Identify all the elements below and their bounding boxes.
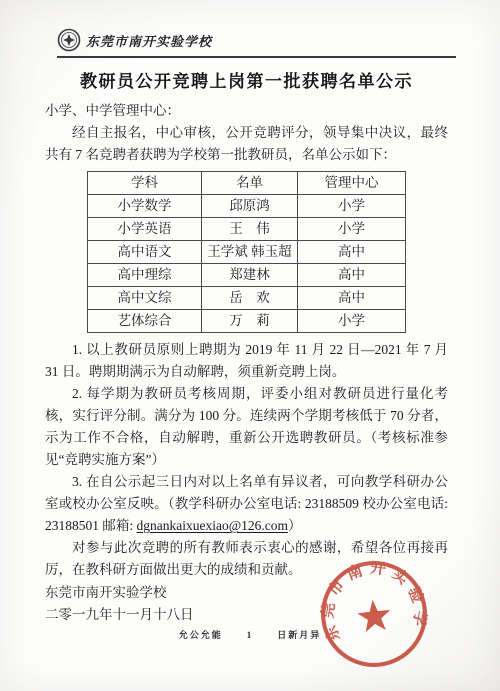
signature-block: 东莞市南开实验学校 二零一九年十一月十八日 <box>45 582 448 626</box>
table-cell: 小学 <box>298 195 406 218</box>
footer-motto-right: 日新月异 <box>277 628 321 641</box>
table-cell: 高中 <box>298 264 406 287</box>
table-cell: 高中 <box>298 241 406 264</box>
table-cell: 小学 <box>298 218 406 241</box>
table-row: 高中文综岳 欢高中 <box>88 287 406 310</box>
thanks-paragraph: 对参与此次竞聘的所有教师表示衷心的感谢，希望各位再接再厉，在教科研方面做出更大的… <box>45 537 448 581</box>
table-row: 小学英语王 伟小学 <box>88 218 406 241</box>
table-cell: 高中 <box>298 287 406 310</box>
table-row: 高中语文王学斌 韩玉超高中 <box>88 241 406 264</box>
table-cell: 高中理综 <box>88 264 202 287</box>
table-cell: 高中语文 <box>88 241 202 264</box>
clause-2: 2. 每学期为教研员考核周期，评委小组对教研员进行量化考核，实行评分制。满分为 … <box>45 383 448 471</box>
table-cell: 王学斌 韩玉超 <box>202 241 298 264</box>
footer-motto-left: 允公允能 <box>179 628 223 641</box>
table-cell: 小学数学 <box>88 195 202 218</box>
clause-3: 3. 在自公示起三日内对以上名单有异议者，可向教学科研办公室或校办公室反映。（教… <box>45 471 448 537</box>
school-name: 东莞市南开实验学校 <box>86 31 212 50</box>
table-header-cell: 名单 <box>202 172 298 195</box>
contact-email-link[interactable]: dgnankaixuexiao@126.com <box>137 518 289 533</box>
signature-school: 东莞市南开实验学校 <box>45 582 448 604</box>
document-page: 东莞市南开实验学校 教研员公开竞聘上岗第一批获聘名单公示 小学、中学管理中心： … <box>0 0 500 691</box>
table-header-row: 学科名单管理中心 <box>88 172 406 195</box>
results-table: 学科名单管理中心 小学数学邱原鸿小学小学英语王 伟小学高中语文王学斌 韩玉超高中… <box>87 171 406 333</box>
table-cell: 高中文综 <box>88 287 202 310</box>
intro-paragraph: 经自主报名，中心审核，公开竞聘评分，领导集中决议，最终共有 7 名竞聘者获聘为学… <box>45 122 448 166</box>
table-cell: 邱原鸿 <box>202 195 298 218</box>
salutation: 小学、中学管理中心： <box>45 100 448 122</box>
table-row: 高中理综郑建林高中 <box>88 264 406 287</box>
table-cell: 艺体综合 <box>88 310 202 333</box>
table-cell: 小学 <box>298 310 406 333</box>
table-cell: 万 莉 <box>202 310 298 333</box>
clause-1: 1. 以上教研员原则上聘期为 2019 年 11 月 22 日—2021 年 7… <box>45 339 448 383</box>
table-header-cell: 管理中心 <box>298 172 406 195</box>
table-cell: 岳 欢 <box>202 287 298 310</box>
table-cell: 郑建林 <box>202 264 298 287</box>
document-body: 小学、中学管理中心： 经自主报名，中心审核，公开竞聘评分，领导集中决议，最终共有… <box>45 100 448 626</box>
page-title: 教研员公开竞聘上岗第一批获聘名单公示 <box>45 67 448 92</box>
letterhead: 东莞市南开实验学校 <box>57 28 456 58</box>
table-header-cell: 学科 <box>88 172 202 195</box>
table-body: 小学数学邱原鸿小学小学英语王 伟小学高中语文王学斌 韩玉超高中高中理综郑建林高中… <box>88 195 406 333</box>
page-footer: 允公允能 1 日新月异 <box>0 628 500 641</box>
footer-page-number: 1 <box>247 630 254 640</box>
table-cell: 王 伟 <box>202 218 298 241</box>
school-logo-icon <box>57 28 81 52</box>
table-cell: 小学英语 <box>88 218 202 241</box>
signature-date: 二零一九年十一月十八日 <box>45 604 448 626</box>
clause-3-closing: ） <box>288 518 302 533</box>
table-row: 小学数学邱原鸿小学 <box>88 195 406 218</box>
table-row: 艺体综合万 莉小学 <box>88 310 406 333</box>
